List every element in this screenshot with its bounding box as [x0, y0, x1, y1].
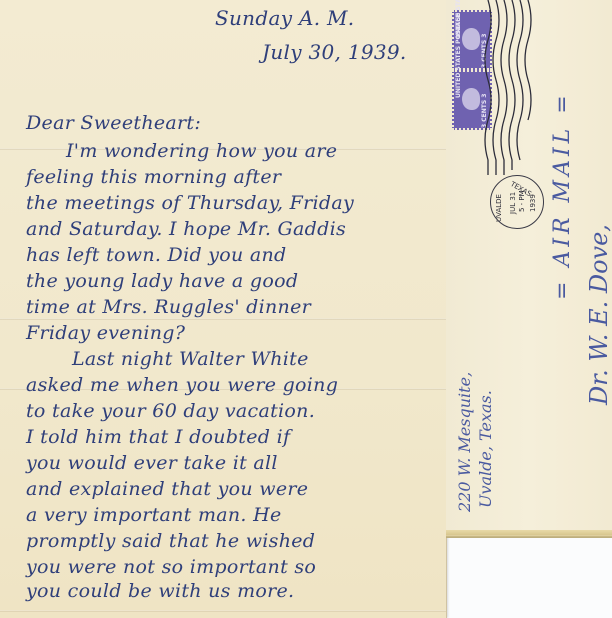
portrait-icon	[462, 28, 480, 50]
letter-line: asked me when you were going	[26, 374, 338, 396]
letter-line: and Saturday. I hope Mr. Gaddis	[26, 218, 346, 240]
letter-line: you were not so important so	[26, 556, 316, 578]
postmark-date: JUL 31	[509, 192, 517, 214]
letter-page: Sunday A. M. July 30, 1939. Dear Sweethe…	[0, 0, 447, 618]
envelope-edge-shadow	[446, 530, 612, 538]
postmark-time: 5 - PM	[518, 190, 526, 212]
letter-line: and explained that you were	[26, 478, 308, 500]
postmark-city: UVALDE	[495, 194, 503, 222]
letter-line: time at Mrs. Ruggles' dinner	[26, 296, 311, 318]
return-address-line1: 220 W. Mesquite,	[455, 372, 474, 512]
paper-fold-line	[0, 610, 446, 612]
letter-line: Friday evening?	[26, 322, 185, 344]
letter-salutation: Dear Sweetheart:	[26, 112, 201, 134]
letter-date-day: Sunday A. M.	[215, 6, 354, 30]
letter-line: I'm wondering how you are	[66, 140, 337, 162]
letter-line: you would ever take it all	[26, 452, 278, 474]
letter-line: a very important man. He	[26, 504, 282, 526]
letter-line: the young lady have a good	[26, 270, 298, 292]
recipient-name: Dr. W. E. Dove,	[585, 224, 612, 405]
return-address-line2: Uvalde, Texas.	[476, 390, 495, 508]
letter-line: you could be with us more.	[26, 580, 294, 602]
stamp-country: UNITED STATES POSTAGE	[456, 13, 462, 98]
letter-date: July 30, 1939.	[262, 40, 407, 64]
letter-line: I told him that I doubted if	[26, 426, 290, 448]
portrait-icon	[462, 88, 480, 110]
letter-line: feeling this morning after	[26, 166, 281, 188]
postmark-stamp: TEXAS UVALDE JUL 31 5 - PM 1939	[490, 175, 544, 229]
letter-line: the meetings of Thursday, Friday	[26, 192, 354, 214]
letter-line: Last night Walter White	[72, 348, 309, 370]
letter-line: promptly said that he wished	[26, 530, 315, 552]
letter-line: has left town. Did you and	[26, 244, 287, 266]
letter-line: to take your 60 day vacation.	[26, 400, 315, 422]
postmark-year: 1939	[529, 194, 537, 212]
air-mail-label: = AIR MAIL =	[550, 91, 575, 300]
paper-fold-line	[0, 318, 446, 320]
